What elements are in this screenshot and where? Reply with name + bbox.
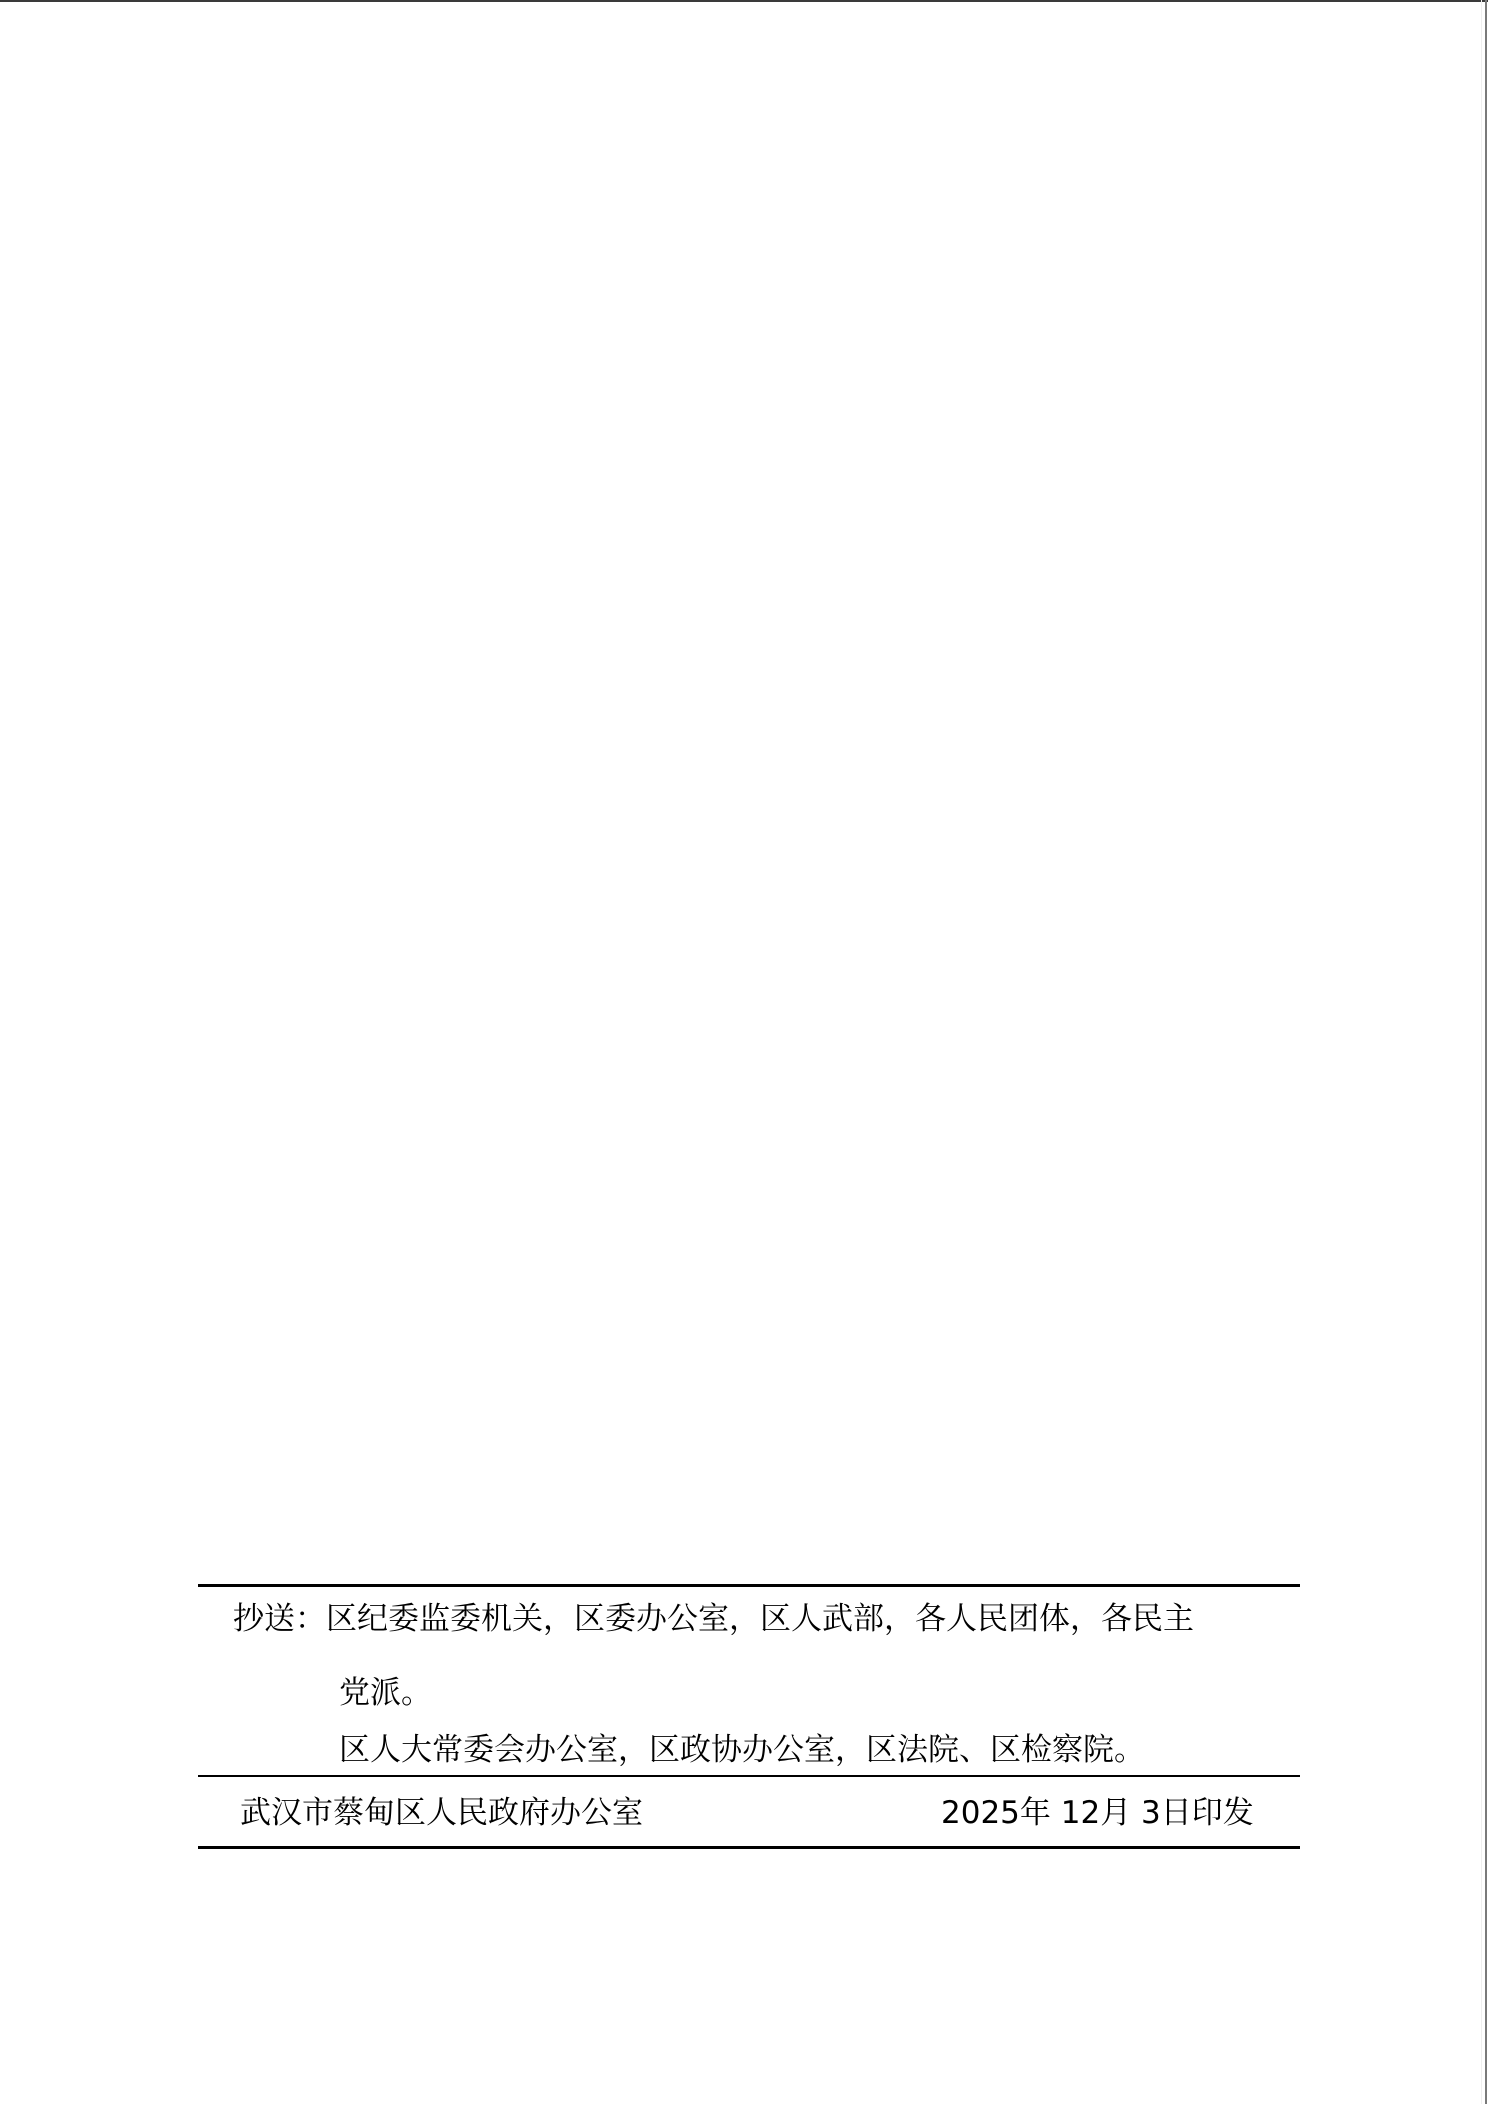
footer-middle-rule [198, 1775, 1300, 1777]
copy-to-line-3: 区人大常委会办公室，区政协办公室，区法院、区检察院。 [339, 1730, 1145, 1770]
copy-to-line-2: 党派。 [339, 1673, 432, 1713]
footer-bottom-rule [198, 1846, 1300, 1849]
page-right-border [1485, 0, 1487, 2104]
page-top-border [0, 0, 1488, 2]
page-right-edge-shadow [1481, 0, 1482, 2104]
copy-to-label: 抄送： [233, 1601, 326, 1637]
copy-to-recipients-1: 区纪委监委机关，区委办公室，区人武部，各人民团体，各民主 [326, 1601, 1194, 1637]
copy-to-line-1: 抄送：区纪委监委机关，区委办公室，区人武部，各人民团体，各民主 [233, 1599, 1194, 1639]
issue-date: 2025年 12月 3日印发 [941, 1793, 1254, 1833]
issuing-office: 武汉市蔡甸区人民政府办公室 [240, 1793, 643, 1833]
footer-top-rule [198, 1584, 1300, 1587]
